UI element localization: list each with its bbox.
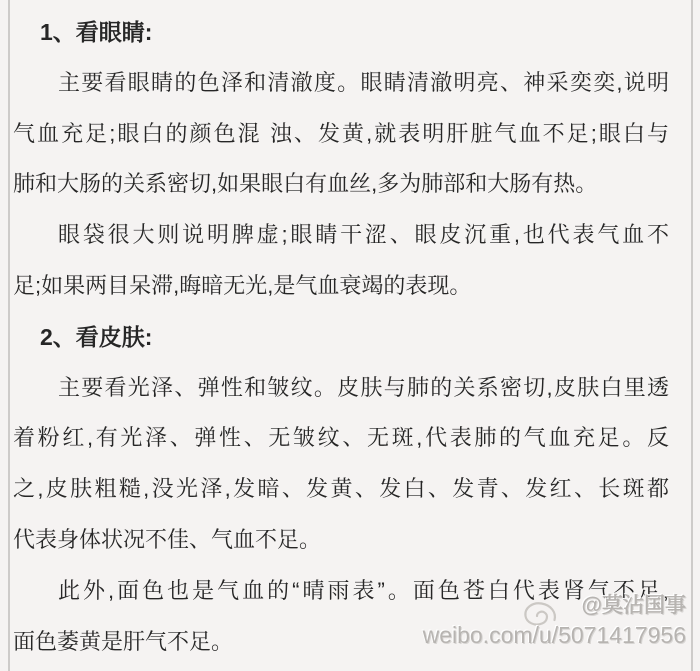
- paragraph-line: 主要看光泽、弹性和皱纹。皮肤与肺的关系密切,皮肤白里透: [13, 363, 669, 414]
- paragraph-line: 主要看眼睛的色泽和清澈度。眼睛清澈明亮、神采奕奕,说明: [13, 58, 669, 109]
- paragraph-line: 此外,面色也是气血的“晴雨表”。面色苍白代表肾气不足,: [13, 566, 669, 617]
- paragraph-line: 眼袋很大则说明脾虚;眼睛干涩、眼皮沉重,也代表气血不: [13, 210, 669, 261]
- paragraph-line: 足;如果两目呆滞,晦暗无光,是气血衰竭的表现。: [13, 261, 669, 312]
- paragraph-line: 气血充足;眼白的颜色混 浊、发黄,就表明肝脏气血不足;眼白与: [13, 109, 669, 160]
- document-page: 1、看眼睛:主要看眼睛的色泽和清澈度。眼睛清澈明亮、神采奕奕,说明气血充足;眼白…: [0, 0, 700, 671]
- paragraph-line: 着粉红,有光泽、弹性、无皱纹、无斑,代表肺的气血充足。反: [13, 413, 669, 464]
- paragraph-line: 之,皮肤粗糙,没光泽,发暗、发黄、发白、发青、发红、长斑都: [13, 464, 669, 515]
- paragraph-line: 代表身体状况不佳、气血不足。: [13, 515, 669, 566]
- section-heading: 1、看眼睛:: [13, 7, 669, 58]
- paragraph-line: 面色萎黄是肝气不足。: [13, 617, 669, 668]
- weibo-swirl-icon: [511, 595, 561, 635]
- section-heading: 2、看皮肤:: [13, 312, 669, 363]
- text-content: 1、看眼睛:主要看眼睛的色泽和清澈度。眼睛清澈明亮、神采奕奕,说明气血充足;眼白…: [13, 7, 669, 667]
- left-edge-line: [8, 0, 10, 671]
- paragraph-line: 肺和大肠的关系密切,如果眼白有血丝,多为肺部和大肠有热。: [13, 159, 669, 210]
- right-edge-line: [691, 0, 693, 671]
